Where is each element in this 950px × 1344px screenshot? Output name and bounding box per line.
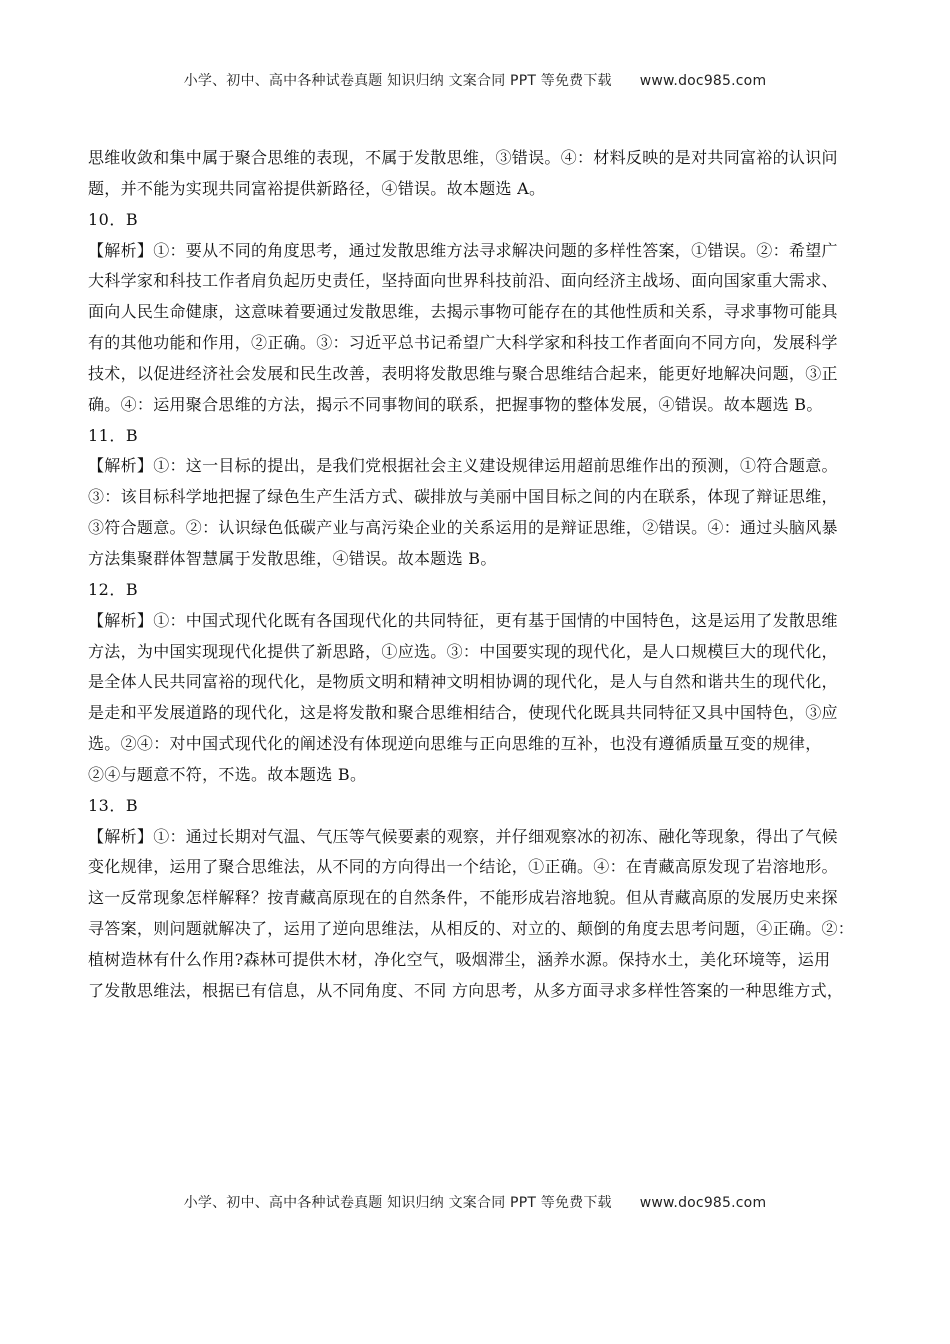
text-line: 是全体人民共同富裕的现代化，是物质文明和精神文明相协调的现代化，是人与自然和谐共…: [88, 667, 868, 698]
footer-text: 小学、初中、高中各种试卷真题 知识归纳 文案合同 PPT 等免费下载: [184, 1195, 612, 1211]
footer-site-link[interactable]: www.doc985.com: [640, 1195, 767, 1211]
question-number: 11．B: [88, 421, 868, 452]
text-line: 植树造林有什么作用?森林可提供木材，净化空气，吸烟滞尘，涵养水源。保持水土，美化…: [88, 945, 868, 976]
text-line: 思维收敛和集中属于聚合思维的表现，不属于发散思维，③错误。④：材料反映的是对共同…: [88, 143, 868, 174]
text-line: 方法集聚群体智慧属于发散思维，④错误。故本题选 B。: [88, 544, 868, 575]
text-line: 方法，为中国实现现代化提供了新思路，①应选。③：中国要实现的现代化，是人口规模巨…: [88, 637, 868, 668]
question-number: 10．B: [88, 205, 868, 236]
text-line: 了发散思维法，根据已有信息，从不同角度、不同 方向思考，从多方面寻求多样性答案的…: [88, 976, 868, 1007]
page-header: 小学、初中、高中各种试卷真题 知识归纳 文案合同 PPT 等免费下载www.do…: [0, 70, 950, 90]
question-number: 13．B: [88, 791, 868, 822]
text-line: ③：该目标科学地把握了绿色生产生活方式、碳排放与美丽中国目标之间的内在联系，体现…: [88, 482, 868, 513]
text-line: 面向人民生命健康，这意味着要通过发散思维，去揭示事物可能存在的其他性质和关系，寻…: [88, 297, 868, 328]
header-site-link[interactable]: www.doc985.com: [640, 73, 767, 89]
page-footer: 小学、初中、高中各种试卷真题 知识归纳 文案合同 PPT 等免费下载www.do…: [0, 1192, 950, 1212]
analysis-line: 【解析】①：中国式现代化既有各国现代化的共同特征，更有基于国情的中国特色，这是运…: [88, 606, 868, 637]
header-text: 小学、初中、高中各种试卷真题 知识归纳 文案合同 PPT 等免费下载: [184, 73, 612, 89]
text-line: ②④与题意不符，不选。故本题选 B。: [88, 760, 868, 791]
text-line: ③符合题意。②：认识绿色低碳产业与高污染企业的关系运用的是辩证思维，②错误。④：…: [88, 513, 868, 544]
analysis-line: 【解析】①：通过长期对气温、气压等气候要素的观察，并仔细观察冰的初冻、融化等现象…: [88, 822, 868, 853]
text-line: 题，并不能为实现共同富裕提供新路径，④错误。故本题选 A。: [88, 174, 868, 205]
analysis-line: 【解析】①：要从不同的角度思考，通过发散思维方法寻求解决问题的多样性答案，①错误…: [88, 236, 868, 267]
analysis-line: 【解析】①：这一目标的提出，是我们党根据社会主义建设规律运用超前思维作出的预测，…: [88, 451, 868, 482]
text-line: 这一反常现象怎样解释？按青藏高原现在的自然条件，不能形成岩溶地貌。但从青藏高原的…: [88, 883, 868, 914]
text-line: 选。②④：对中国式现代化的阐述没有体现逆向思维与正向思维的互补，也没有遵循质量互…: [88, 729, 868, 760]
text-line: 大科学家和科技工作者肩负起历史责任，坚持面向世界科技前沿、面向经济主战场、面向国…: [88, 266, 868, 297]
question-number: 12．B: [88, 575, 868, 606]
text-line: 是走和平发展道路的现代化，这是将发散和聚合思维相结合，使现代化既具共同特征又具中…: [88, 698, 868, 729]
text-line: 确。④：运用聚合思维的方法，揭示不同事物间的联系，把握事物的整体发展，④错误。故…: [88, 390, 868, 421]
text-line: 有的其他功能和作用，②正确。③：习近平总书记希望广大科学家和科技工作者面向不同方…: [88, 328, 868, 359]
text-line: 寻答案，则问题就解决了，运用了逆向思维法，从相反的、对立的、颠倒的角度去思考问题…: [88, 914, 868, 945]
text-line: 变化规律，运用了聚合思维法，从不同的方向得出一个结论，①正确。④：在青藏高原发现…: [88, 852, 868, 883]
text-line: 技术，以促进经济社会发展和民生改善，表明将发散思维与聚合思维结合起来，能更好地解…: [88, 359, 868, 390]
document-body: 思维收敛和集中属于聚合思维的表现，不属于发散思维，③错误。④：材料反映的是对共同…: [88, 143, 868, 1007]
